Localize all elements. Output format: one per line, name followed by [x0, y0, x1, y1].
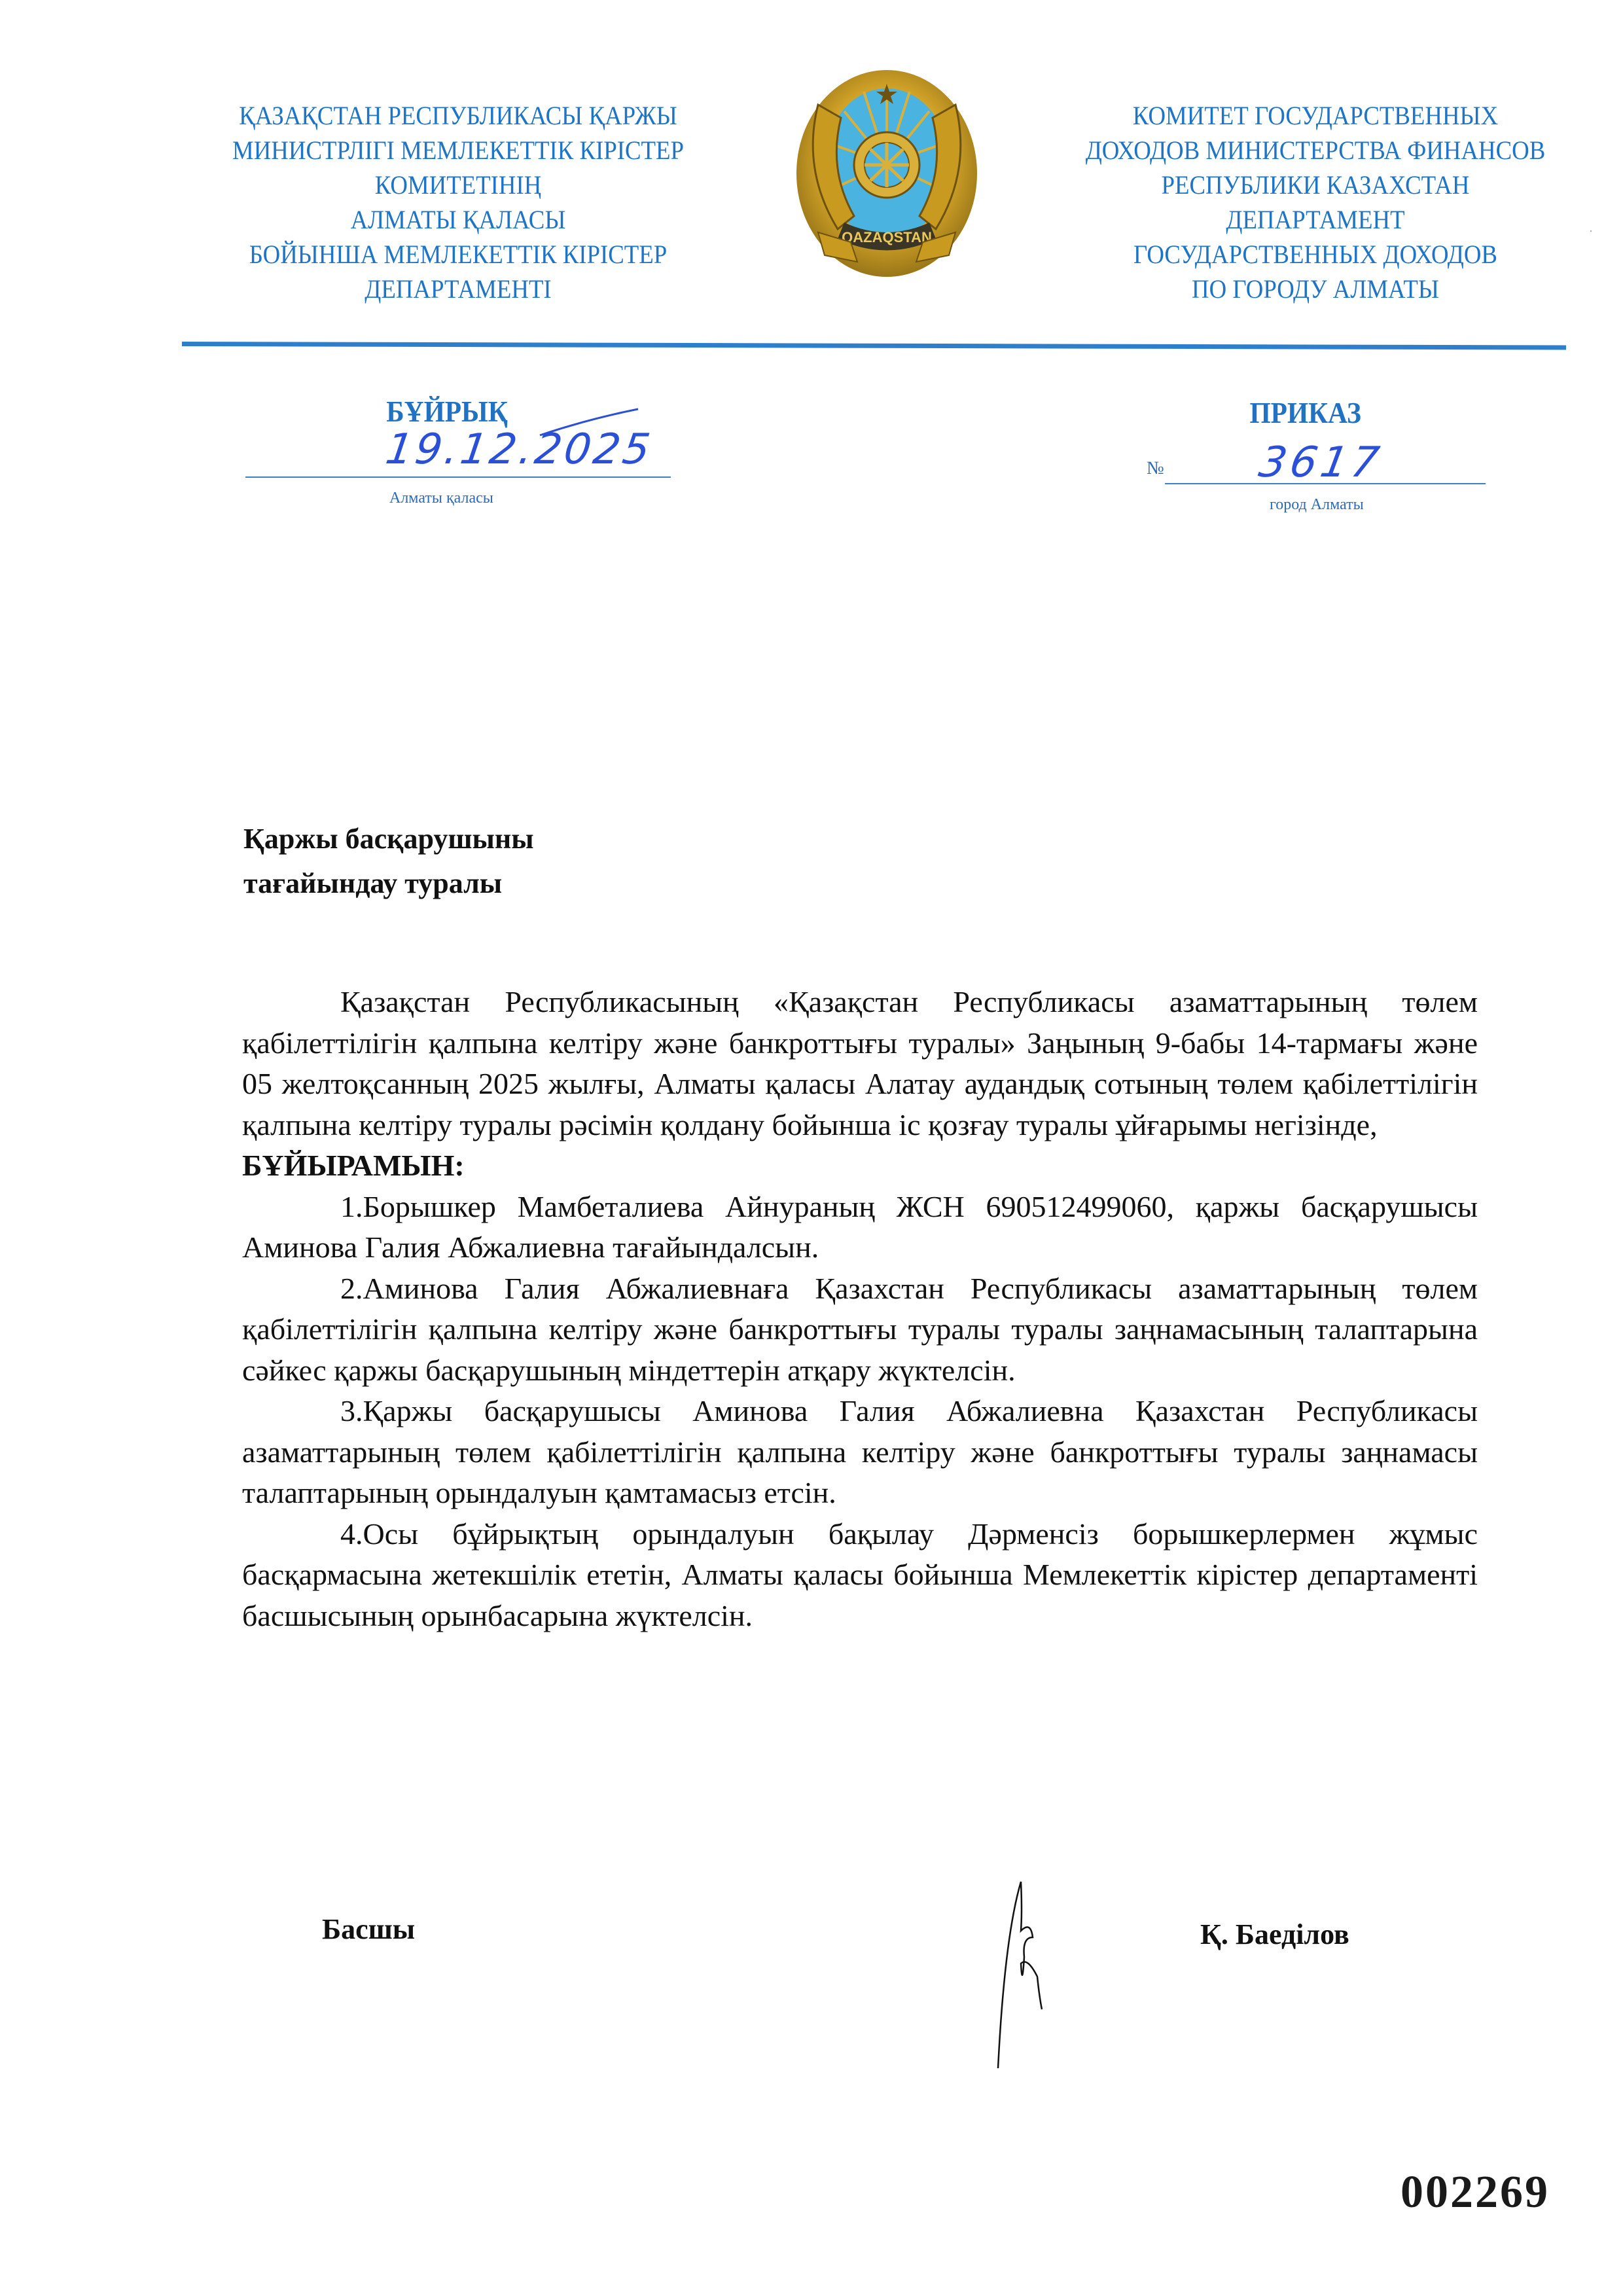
header-line: БОЙЫНША МЕМЛЕКЕТТІК КІРІСТЕР: [181, 237, 735, 272]
date-underline: [245, 476, 671, 478]
order-item-4: 4.Осы бұйрықтың орындалуын бақылау Дәрме…: [242, 1514, 1478, 1637]
header-line: РЕСПУБЛИКИ КАЗАХСТАН: [1033, 168, 1599, 202]
city-kazakh: Алматы қаласы: [389, 490, 493, 507]
header-line: МИНИСТРЛІГІ МЕМЛЕКЕТТІК КІРІСТЕР: [181, 133, 735, 168]
serial-number: 002269: [1400, 2166, 1550, 2219]
state-emblem-kazakhstan-icon: QAZAQSTAN: [792, 65, 982, 281]
order-title-kazakh: БҰЙРЫҚ: [386, 394, 507, 429]
order-item-3: 3.Қаржы басқарушысы Аминова Галия Абжали…: [242, 1391, 1478, 1514]
order-number-label: №: [1147, 458, 1164, 479]
document-body: Қазақстан Республикасының «Қазақстан Рес…: [242, 982, 1478, 1636]
order-number-handwritten: 3617: [1255, 439, 1386, 487]
signatory-name: Қ. Баеділов: [1200, 1918, 1349, 1951]
header-line: ПО ГОРОДУ АЛМАТЫ: [1033, 272, 1599, 306]
header-line: АЛМАТЫ ҚАЛАСЫ: [181, 202, 735, 237]
number-underline: [1165, 483, 1486, 484]
handwritten-signature: [982, 1859, 1099, 2068]
header-divider: [182, 342, 1566, 350]
subject-line: тағайындау туралы: [243, 861, 534, 906]
header-line: ДОХОДОВ МИНИСТЕРСТВА ФИНАНСОВ: [1033, 133, 1599, 168]
preamble-paragraph: Қазақстан Республикасының «Қазақстан Рес…: [242, 982, 1478, 1145]
header-line: ДЕПАРТАМЕНТ: [1033, 202, 1599, 237]
subject-line: Қаржы басқарушыны: [243, 817, 534, 861]
scan-artifact: [1590, 230, 1592, 232]
city-russian: город Алматы: [1270, 496, 1364, 514]
order-title-russian: ПРИКАЗ: [1249, 395, 1361, 430]
header-line: ҚАЗАҚСТАН РЕСПУБЛИКАСЫ ҚАРЖЫ: [181, 98, 735, 133]
svg-text:QAZAQSTAN: QAZAQSTAN: [842, 229, 932, 245]
date-flourish-stroke: [537, 406, 641, 439]
header-org-russian: КОМИТЕТ ГОСУДАРСТВЕННЫХ ДОХОДОВ МИНИСТЕР…: [1033, 98, 1599, 306]
header-line: ДЕПАРТАМЕНТІ: [181, 272, 735, 306]
order-item-2: 2.Аминова Галия Абжалиевнаға Қазахстан Р…: [242, 1268, 1478, 1391]
order-verb: БҰЙЫРАМЫН:: [242, 1145, 1478, 1187]
order-item-1: 1.Борышкер Мамбеталиева Айнураның ЖСН 69…: [242, 1187, 1478, 1268]
header-line: КОМИТЕТ ГОСУДАРСТВЕННЫХ: [1033, 98, 1599, 133]
header-line: ГОСУДАРСТВЕННЫХ ДОХОДОВ: [1033, 237, 1599, 272]
header-org-kazakh: ҚАЗАҚСТАН РЕСПУБЛИКАСЫ ҚАРЖЫ МИНИСТРЛІГІ…: [181, 98, 735, 306]
document-subject: Қаржы басқарушыны тағайындау туралы: [243, 817, 534, 906]
signatory-role: Басшы: [322, 1912, 415, 1946]
header-line: КОМИТЕТІНІҢ: [181, 168, 735, 202]
